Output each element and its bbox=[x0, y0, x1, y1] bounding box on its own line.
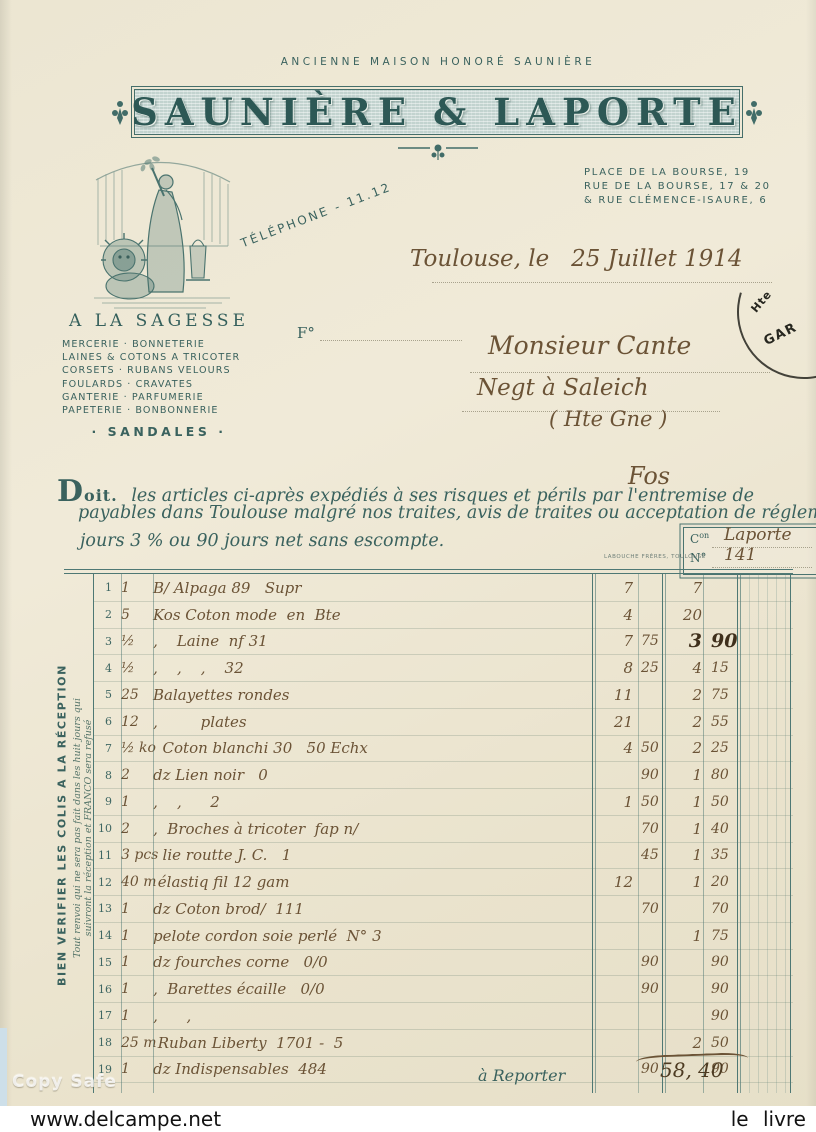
goods-line-1: MERCERIE · BONNETERIE bbox=[62, 338, 282, 351]
row-total-francs: 1 bbox=[665, 927, 707, 945]
row-total-francs: 4 bbox=[665, 659, 707, 677]
row-number: 17 bbox=[93, 1009, 121, 1022]
row-description: ‚ ‚ ‚ 32 bbox=[153, 659, 592, 677]
row-total-centimes: 90 bbox=[707, 630, 741, 652]
row-description: ‚ Laine nf 31 bbox=[153, 632, 592, 650]
folio-label: F° bbox=[297, 324, 315, 342]
row-number: 12 bbox=[93, 876, 121, 889]
table-row: 4 ½ ‚ ‚ ‚ 32 8 25 4 15 bbox=[93, 655, 793, 682]
number-rule bbox=[712, 567, 812, 568]
row-total-centimes: 15 bbox=[707, 660, 741, 676]
row-total-francs: 2 bbox=[665, 1034, 707, 1052]
address-line-2: RUE DE LA BOURSE, 17 & 20 bbox=[584, 180, 771, 194]
row-description: Ruban Liberty 1701 - 5 bbox=[153, 1034, 592, 1052]
row-unit-price-francs: 4 bbox=[592, 739, 639, 757]
table-rows: 1 1 B/ Alpaga 89 Supr 7 7 2 5 Kos Coton … bbox=[93, 575, 793, 1083]
row-total-centimes: 75 bbox=[707, 928, 741, 944]
table-vline bbox=[662, 573, 663, 1093]
row-quantity: 1 bbox=[121, 981, 153, 997]
row-description: dz Lien noir 0 bbox=[153, 766, 592, 784]
row-total-francs: 1 bbox=[665, 873, 707, 891]
table-row: 16 1 ‚ Barettes écaille 0/0 90 90 bbox=[93, 976, 793, 1003]
row-number: 16 bbox=[93, 983, 121, 996]
row-number: 1 bbox=[93, 581, 121, 594]
row-total-francs: 2 bbox=[665, 686, 707, 704]
table-row: 6 12 ‚ plates 21 2 55 bbox=[93, 709, 793, 736]
address-block: PLACE DE LA BOURSE, 19 RUE DE LA BOURSE,… bbox=[584, 166, 771, 208]
table-row: 1 1 B/ Alpaga 89 Supr 7 7 bbox=[93, 575, 793, 602]
row-total-francs: 1 bbox=[665, 766, 707, 784]
delcampe-watermark: www.delcampe.net bbox=[30, 1107, 221, 1131]
scan-edge-artifact bbox=[0, 1028, 7, 1108]
row-quantity: 2 bbox=[121, 767, 153, 783]
table-vline bbox=[737, 573, 738, 1093]
row-quantity: 1 bbox=[121, 1008, 153, 1024]
row-number: 14 bbox=[93, 929, 121, 942]
row-description: ‚ Barettes écaille 0/0 bbox=[153, 980, 592, 998]
goods-line-6: PAPETERIE · BONBONNERIE bbox=[62, 404, 282, 417]
row-unit-price-francs: 7 bbox=[592, 632, 639, 650]
goods-line-4: FOULARDS · CRAVATES bbox=[62, 378, 282, 391]
row-number: 9 bbox=[93, 795, 121, 808]
row-description: ‚ ‚ bbox=[153, 1007, 592, 1025]
row-quantity: 12 bbox=[121, 714, 153, 730]
table-vline bbox=[665, 573, 666, 1093]
fleuron-right-icon bbox=[744, 98, 764, 128]
terms-line-3: jours 3 % ou 90 jours net sans escompte. bbox=[80, 531, 444, 551]
row-total-centimes: 50 bbox=[707, 1035, 741, 1051]
row-total-centimes: 90 bbox=[707, 1008, 741, 1024]
folio-rule bbox=[320, 340, 462, 341]
allegory-illustration bbox=[86, 150, 238, 312]
dateline-rule bbox=[432, 282, 772, 283]
terms-line-2: payables dans Toulouse malgré nos traite… bbox=[78, 503, 816, 523]
table-row: 13 1 dz Coton brod/ 111 70 70 bbox=[93, 896, 793, 923]
goods-list: MERCERIE · BONNETERIE LAINES & COTONS A … bbox=[62, 338, 282, 417]
address-line-1: PLACE DE LA BOURSE, 19 bbox=[584, 166, 771, 180]
recipient-title: Negt à Saleich bbox=[477, 375, 649, 401]
row-quantity: 1 bbox=[121, 580, 153, 596]
table-row: 8 2 dz Lien noir 0 90 1 80 bbox=[93, 762, 793, 789]
row-description: ‚ ‚ 2 bbox=[153, 793, 592, 811]
table-row: 3 ½ ‚ Laine nf 31 7 75 3 90 bbox=[93, 629, 793, 656]
row-number: 3 bbox=[93, 635, 121, 648]
table-vline bbox=[121, 573, 122, 1093]
row-total-francs: 1 bbox=[665, 793, 707, 811]
row-unit-price-francs: 12 bbox=[592, 873, 639, 891]
goods-line-3: CORSETS · RUBANS VELOURS bbox=[62, 364, 282, 377]
row-quantity: 1 bbox=[121, 901, 153, 917]
invoice-document: ANCIENNE MAISON HONORÉ SAUNIÈRE SAUNIÈRE… bbox=[0, 0, 816, 1132]
recipient-department: ( Hte Gne ) bbox=[549, 407, 667, 431]
row-description: élastiq fil 12 gam bbox=[153, 873, 592, 891]
row-unit-price-francs: 11 bbox=[592, 686, 639, 704]
table-vline bbox=[153, 573, 154, 1093]
row-description: Balayettes rondes bbox=[153, 686, 592, 704]
row-quantity: ½ bbox=[121, 660, 153, 676]
row-quantity: 1 bbox=[121, 928, 153, 944]
row-total-centimes: 55 bbox=[707, 714, 741, 730]
row-number: 18 bbox=[93, 1036, 121, 1049]
row-number: 8 bbox=[93, 769, 121, 782]
row-quantity: 1 bbox=[121, 794, 153, 810]
row-number: 11 bbox=[93, 849, 121, 862]
row-total-centimes: 25 bbox=[707, 740, 741, 756]
row-total-centimes: 90 bbox=[707, 981, 741, 997]
telephone-number: TÉLÉPHONE - 11.12 bbox=[239, 180, 394, 251]
table-row: 5 25 Balayettes rondes 11 2 75 bbox=[93, 682, 793, 709]
table-vline bbox=[790, 573, 791, 1093]
row-quantity: ½ bbox=[121, 633, 153, 649]
fleuron-left-icon bbox=[110, 98, 130, 128]
row-number: 2 bbox=[93, 608, 121, 621]
row-total-centimes: 70 bbox=[707, 901, 741, 917]
table-vline bbox=[638, 573, 639, 1093]
row-total-centimes: 35 bbox=[707, 847, 741, 863]
row-quantity: 2 bbox=[121, 821, 153, 837]
row-description: ‚ Broches à tricoter fap n/ bbox=[153, 820, 592, 838]
row-quantity: 1 bbox=[121, 954, 153, 970]
row-number: 7 bbox=[93, 742, 121, 755]
table-row: 18 25 m Ruban Liberty 1701 - 5 2 50 bbox=[93, 1030, 793, 1057]
row-quantity: 40 m bbox=[121, 874, 153, 890]
return-policy-notice: Tout renvoi qui ne sera pas fait dans le… bbox=[72, 678, 94, 978]
company-banner-plate: SAUNIÈRE & LAPORTE bbox=[134, 89, 740, 135]
row-description: B/ Alpaga 89 Supr bbox=[153, 579, 592, 597]
goods-line-2: LAINES & COTONS A TRICOTER bbox=[62, 351, 282, 364]
row-description: Kos Coton mode en Bte bbox=[153, 606, 592, 624]
row-total-francs: 2 bbox=[665, 739, 707, 757]
table-row: 7 ½ ko Coton blanchi 30 50 Echx 4 50 2 2… bbox=[93, 736, 793, 763]
goods-line-5: GANTERIE · PARFUMERIE bbox=[62, 391, 282, 404]
row-number: 13 bbox=[93, 902, 121, 915]
address-line-3: & RUE CLÉMENCE-ISAURE, 6 bbox=[584, 194, 771, 208]
company-name: SAUNIÈRE & LAPORTE bbox=[131, 90, 743, 134]
reference-box: Con Laporte N° 141 bbox=[683, 527, 816, 575]
row-total-francs: 20 bbox=[665, 606, 707, 624]
row-description: ‚ plates bbox=[153, 713, 592, 731]
row-total-francs: 1 bbox=[665, 820, 707, 838]
table-row: 17 1 ‚ ‚ 90 bbox=[93, 1003, 793, 1030]
sandales-label: · SANDALES · bbox=[54, 424, 264, 439]
row-quantity: 25 m bbox=[121, 1035, 153, 1051]
row-unit-price-francs: 4 bbox=[592, 606, 639, 624]
table-vline bbox=[703, 573, 704, 1093]
handwritten-dateline: Toulouse, le 25 Juillet 1914 bbox=[410, 246, 743, 272]
row-total-centimes: 90 bbox=[707, 954, 741, 970]
row-description: Coton blanchi 30 50 Echx bbox=[153, 739, 592, 757]
carrier-name: Fos bbox=[628, 462, 670, 490]
row-total-centimes: 40 bbox=[707, 821, 741, 837]
row-unit-price-francs: 8 bbox=[592, 659, 639, 677]
row-total-centimes: 80 bbox=[707, 767, 741, 783]
row-number: 4 bbox=[93, 662, 121, 675]
table-vline bbox=[595, 573, 596, 1093]
row-number: 6 bbox=[93, 715, 121, 728]
table-row: 15 1 dz fourches corne 0/0 90 90 bbox=[93, 950, 793, 977]
row-total-centimes: 75 bbox=[707, 687, 741, 703]
row-quantity: 3 pcs bbox=[121, 847, 153, 863]
row-quantity: 25 bbox=[121, 687, 153, 703]
printer-credit: LABOUCHE FRÈRES, TOULOUSE bbox=[604, 554, 706, 560]
row-unit-price-francs: 7 bbox=[592, 579, 639, 597]
row-total-francs: 2 bbox=[665, 713, 707, 731]
table-row: 11 3 pcs lie routte J. C. 1 45 1 35 bbox=[93, 843, 793, 870]
row-quantity: ½ ko bbox=[121, 740, 153, 756]
row-total-francs: 7 bbox=[665, 579, 707, 597]
row-quantity: 5 bbox=[121, 607, 153, 623]
former-house-subtitle: ANCIENNE MAISON HONORÉ SAUNIÈRE bbox=[80, 56, 796, 68]
recipient-rule-1 bbox=[470, 372, 770, 373]
verify-parcels-notice: BIEN VERIFIER LES COLIS A LA RÉCEPTION bbox=[56, 664, 69, 986]
commission-label: Con bbox=[690, 532, 709, 546]
row-description: pelote cordon soie perlé N° 3 bbox=[153, 927, 592, 945]
shop-name: A LA SAGESSE bbox=[54, 311, 264, 331]
row-description: dz Coton brod/ 111 bbox=[153, 900, 592, 918]
row-number: 5 bbox=[93, 688, 121, 701]
row-description: lie routte J. C. 1 bbox=[153, 846, 592, 864]
row-unit-price-francs: 21 bbox=[592, 713, 639, 731]
row-number: 15 bbox=[93, 956, 121, 969]
row-quantity: 1 bbox=[121, 1061, 153, 1077]
number-value: 141 bbox=[724, 545, 756, 565]
ornament-divider-icon bbox=[398, 142, 478, 162]
table-blank-ruling bbox=[740, 573, 790, 1093]
table-row: 2 5 Kos Coton mode en Bte 4 20 bbox=[93, 602, 793, 629]
row-unit-price-francs: 1 bbox=[592, 793, 639, 811]
number-row: N° 141 bbox=[690, 551, 816, 571]
table-top-rule bbox=[64, 569, 793, 574]
row-number: 10 bbox=[93, 822, 121, 835]
table-row: 14 1 pelote cordon soie perlé N° 3 1 75 bbox=[93, 923, 793, 950]
row-total-francs: 1 bbox=[665, 846, 707, 864]
company-banner: SAUNIÈRE & LAPORTE bbox=[131, 86, 743, 138]
row-description: dz fourches corne 0/0 bbox=[153, 953, 592, 971]
row-total-centimes: 20 bbox=[707, 874, 741, 890]
table-row: 9 1 ‚ ‚ 2 1 50 1 50 bbox=[93, 789, 793, 816]
emboss-watermark: Copy Safe bbox=[12, 1072, 117, 1092]
carry-forward-total: 58, 40 bbox=[660, 1058, 724, 1082]
row-total-francs: 3 bbox=[665, 630, 707, 652]
table-row: 12 40 m élastiq fil 12 gam 12 1 20 bbox=[93, 869, 793, 896]
carry-forward-label: à Reporter bbox=[478, 1066, 565, 1085]
recipient-name: Monsieur Cante bbox=[488, 331, 691, 360]
le-livre-watermark: le livre bbox=[731, 1107, 806, 1131]
table-vline bbox=[592, 573, 593, 1093]
table-row: 10 2 ‚ Broches à tricoter fap n/ 70 1 40 bbox=[93, 816, 793, 843]
commission-value: Laporte bbox=[724, 525, 792, 545]
row-total-centimes: 50 bbox=[707, 794, 741, 810]
